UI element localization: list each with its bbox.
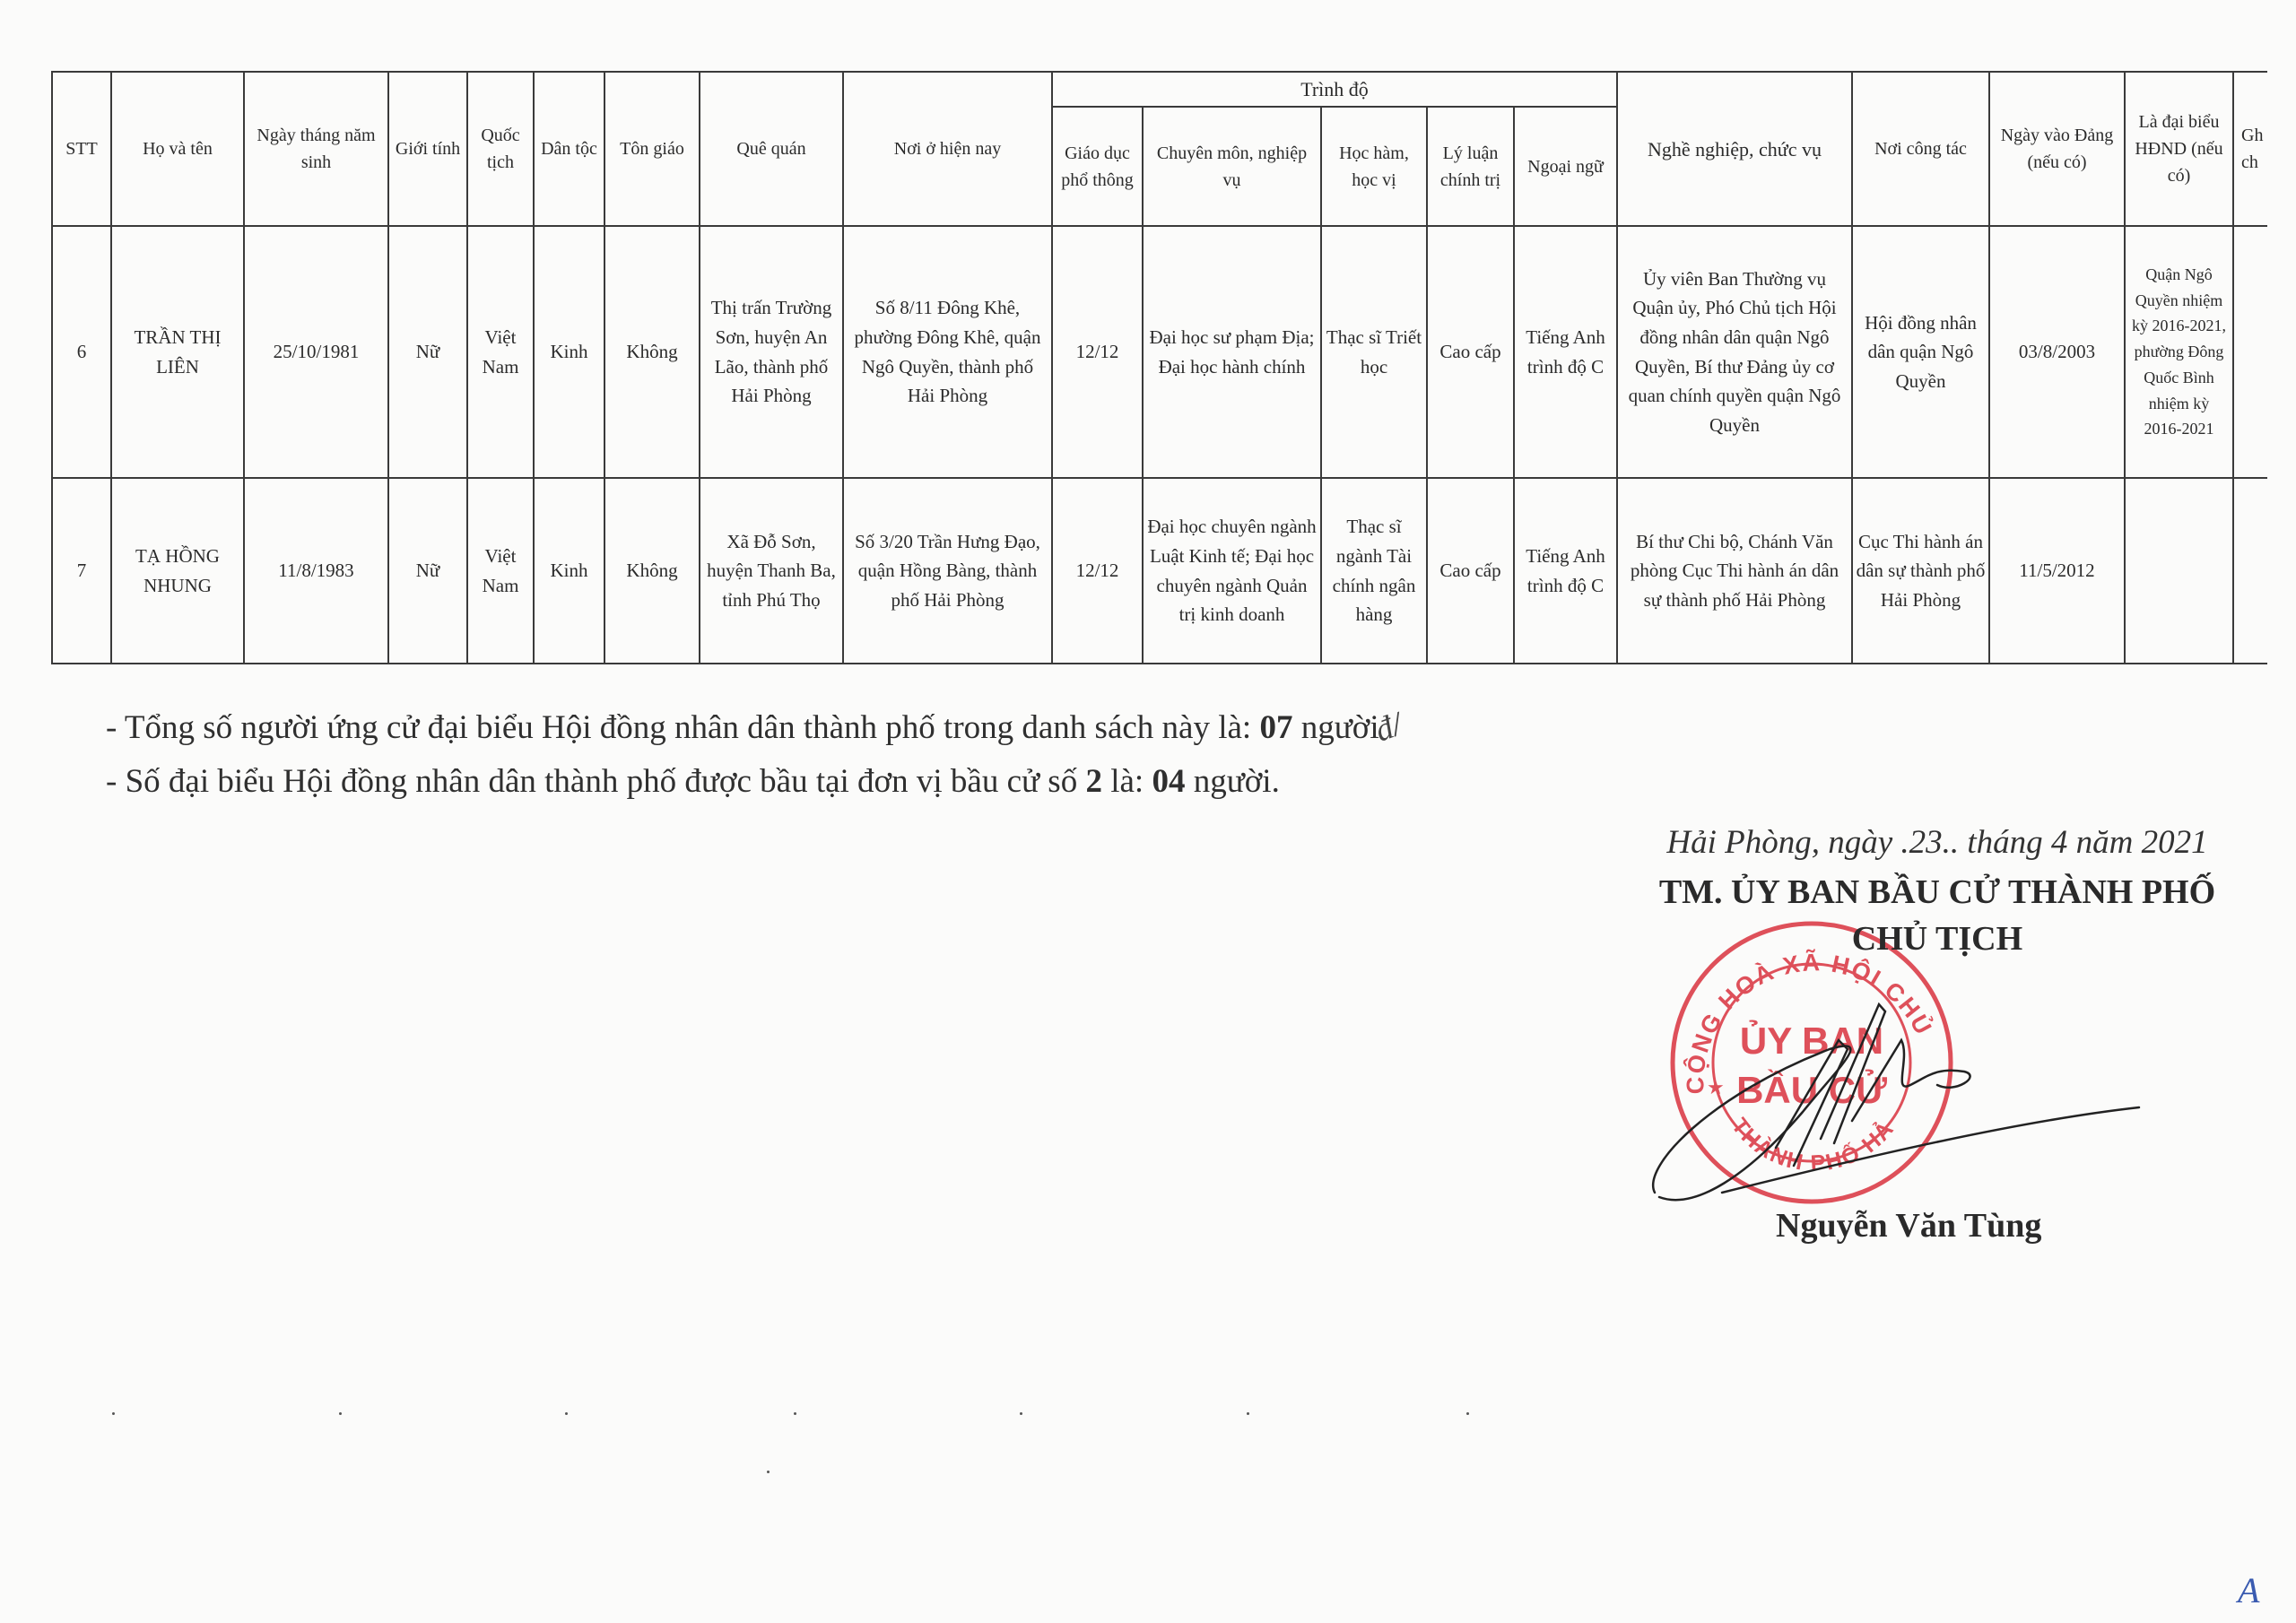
- cell-council-member: [2125, 478, 2233, 664]
- cell-political: Cao cấp: [1427, 478, 1514, 664]
- cell-general-edu: 12/12: [1052, 478, 1143, 664]
- header-degree: Học hàm, học vị: [1321, 107, 1427, 226]
- header-notes-partial: Gh ch: [2233, 72, 2267, 226]
- header-hometown: Quê quán: [700, 72, 843, 226]
- cell-occupation: Ủy viên Ban Thường vụ Quận ủy, Phó Chủ t…: [1617, 226, 1852, 478]
- cell-hometown: Xã Đỗ Sơn, huyện Thanh Ba, tỉnh Phú Thọ: [700, 478, 843, 664]
- header-workplace: Nơi công tác: [1852, 72, 1989, 226]
- scan-speck: [1020, 1412, 1022, 1415]
- scan-speck: [1247, 1412, 1249, 1415]
- header-nationality: Quốc tịch: [467, 72, 534, 226]
- header-political: Lý luận chính trị: [1427, 107, 1514, 226]
- scan-speck: [339, 1412, 342, 1415]
- header-stt: STT: [52, 72, 111, 226]
- cell-dob: 11/8/1983: [244, 478, 388, 664]
- header-general-edu: Giáo dục phổ thông: [1052, 107, 1143, 226]
- cell-general-edu: 12/12: [1052, 226, 1143, 478]
- electoral-unit-number: 2: [1085, 763, 1102, 800]
- cell-stt: 6: [52, 226, 111, 478]
- header-name: Họ và tên: [111, 72, 244, 226]
- cell-gender: Nữ: [388, 226, 467, 478]
- header-residence: Nơi ở hiện nay: [843, 72, 1052, 226]
- signature-block: Hải Phòng, ngày .23.. tháng 4 năm 2021 T…: [1614, 823, 2260, 959]
- corner-mark: A: [2238, 1569, 2259, 1611]
- header-education-group: Trình độ: [1052, 72, 1617, 107]
- cell-specialty: Đại học sư phạm Địa; Đại học hành chính: [1143, 226, 1321, 478]
- sign-title: CHỦ TỊCH: [1614, 919, 2260, 959]
- cell-notes: [2233, 478, 2267, 664]
- cell-nationality: Việt Nam: [467, 478, 534, 664]
- header-ethnicity: Dân tộc: [534, 72, 604, 226]
- scan-speck: [565, 1412, 568, 1415]
- cell-stt: 7: [52, 478, 111, 664]
- cell-religion: Không: [604, 478, 700, 664]
- cell-religion: Không: [604, 226, 700, 478]
- sign-date: Hải Phòng, ngày .23.. tháng 4 năm 2021: [1614, 823, 2260, 862]
- cell-specialty: Đại học chuyên ngành Luật Kinh tế; Đại h…: [1143, 478, 1321, 664]
- cell-hometown: Thị trấn Trường Sơn, huyện An Lão, thành…: [700, 226, 843, 478]
- cell-political: Cao cấp: [1427, 226, 1514, 478]
- candidate-table: STT Họ và tên Ngày tháng năm sinh Giới t…: [51, 71, 2267, 664]
- scan-speck: [767, 1471, 770, 1473]
- header-gender: Giới tính: [388, 72, 467, 226]
- cell-occupation: Bí thư Chi bộ, Chánh Văn phòng Cục Thi h…: [1617, 478, 1852, 664]
- scan-speck: [794, 1412, 796, 1415]
- cell-ethnicity: Kinh: [534, 226, 604, 478]
- cell-ethnicity: Kinh: [534, 478, 604, 664]
- scan-speck: [112, 1412, 115, 1415]
- cell-degree: Thạc sĩ ngành Tài chính ngân hàng: [1321, 478, 1427, 664]
- table-row: 6 TRẦN THỊ LIÊN 25/10/1981 Nữ Việt Nam K…: [52, 226, 2267, 478]
- cell-name: TẠ HỒNG NHUNG: [111, 478, 244, 664]
- elected-seats-note: - Số đại biểu Hội đồng nhân dân thành ph…: [106, 762, 1280, 801]
- cell-nationality: Việt Nam: [467, 226, 534, 478]
- cell-name: TRẦN THỊ LIÊN: [111, 226, 244, 478]
- elected-seats-count: 04: [1152, 763, 1185, 800]
- cell-party-date: 03/8/2003: [1989, 226, 2125, 478]
- cell-workplace: Hội đồng nhân dân quận Ngô Quyền: [1852, 226, 1989, 478]
- header-party-date: Ngày vào Đảng (nếu có): [1989, 72, 2125, 226]
- header-occupation: Nghề nghiệp, chức vụ: [1617, 72, 1852, 226]
- header-council-member: Là đại biểu HĐND (nếu có): [2125, 72, 2233, 226]
- cell-residence: Số 8/11 Đông Khê, phường Đông Khê, quận …: [843, 226, 1052, 478]
- total-candidates-count: 07: [1259, 709, 1292, 746]
- signer-name: Nguyễn Văn Tùng: [1776, 1206, 2041, 1245]
- total-candidates-note: - Tổng số người ứng cử đại biểu Hội đồng…: [106, 708, 1401, 747]
- table-row: 7 TẠ HỒNG NHUNG 11/8/1983 Nữ Việt Nam Ki…: [52, 478, 2267, 664]
- cell-council-member: Quận Ngô Quyền nhiệm kỳ 2016-2021, phườn…: [2125, 226, 2233, 478]
- header-dob: Ngày tháng năm sinh: [244, 72, 388, 226]
- cell-language: Tiếng Anh trình độ C: [1514, 226, 1617, 478]
- scan-speck: [1466, 1412, 1469, 1415]
- cell-workplace: Cục Thi hành án dân sự thành phố Hải Phò…: [1852, 478, 1989, 664]
- handwritten-signature-icon: [1641, 986, 2144, 1211]
- cell-notes: [2233, 226, 2267, 478]
- cell-dob: 25/10/1981: [244, 226, 388, 478]
- sign-organization: TM. ỦY BAN BẦU CỬ THÀNH PHỐ: [1614, 872, 2260, 912]
- cell-party-date: 11/5/2012: [1989, 478, 2125, 664]
- header-language: Ngoại ngữ: [1514, 107, 1617, 226]
- cell-language: Tiếng Anh trình độ C: [1514, 478, 1617, 664]
- header-specialty: Chuyên môn, nghiệp vụ: [1143, 107, 1321, 226]
- cell-degree: Thạc sĩ Triết học: [1321, 226, 1427, 478]
- cell-residence: Số 3/20 Trần Hưng Đạo, quận Hồng Bàng, t…: [843, 478, 1052, 664]
- header-religion: Tôn giáo: [604, 72, 700, 226]
- cell-gender: Nữ: [388, 478, 467, 664]
